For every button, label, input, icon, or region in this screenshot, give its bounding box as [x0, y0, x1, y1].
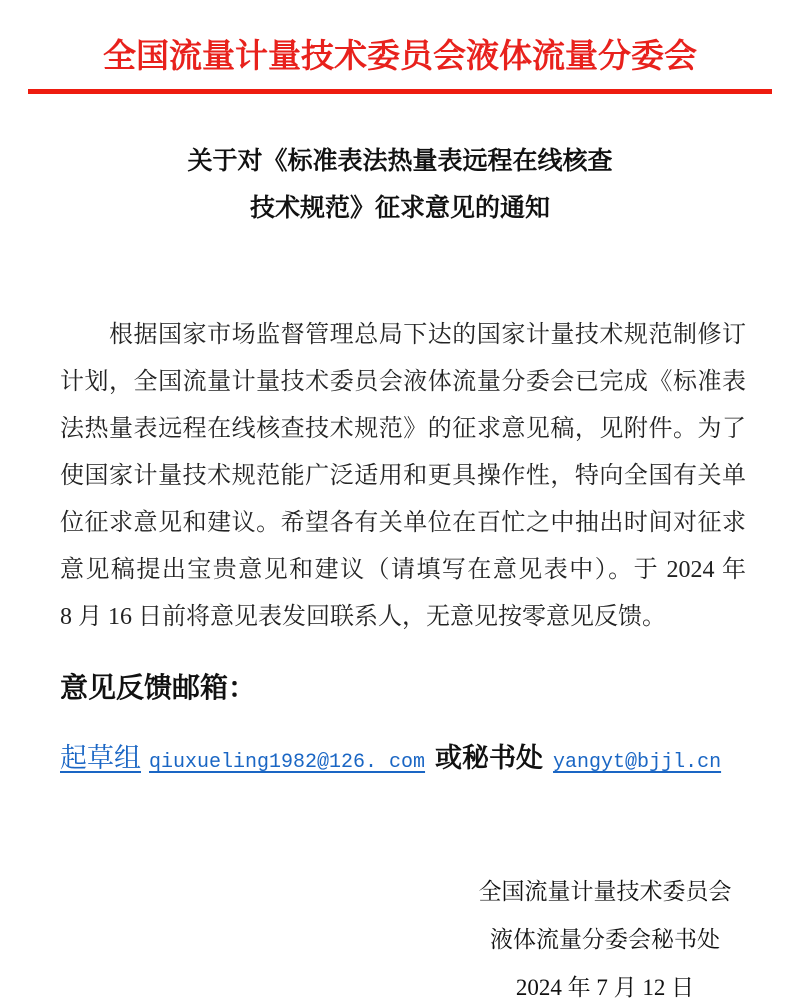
- body-line: 意见稿提出宝贵意见和建议（请填写在意见表中）。于 2024 年: [60, 547, 746, 594]
- feedback-email-line: 起草组qiuxueling1982@126. com 或秘书处 yangyt@b…: [60, 736, 721, 775]
- organization-header: 全国流量计量技术委员会液体流量分委会: [0, 30, 800, 77]
- notice-document-page: 全国流量计量技术委员会液体流量分委会 关于对《标准表法热量表远程在线核查 技术规…: [0, 0, 800, 1005]
- body-line: 8 月 16 日前将意见表发回联系人，无意见按零意见反馈。: [60, 594, 746, 641]
- document-title-line2: 技术规范》征求意见的通知: [0, 185, 800, 232]
- body-line: 使国家计量技术规范能广泛适用和更具操作性，特向全国有关单: [60, 453, 746, 500]
- signature-block: 全国流量计量技术委员会 液体流量分委会秘书处 2024 年 7 月 12 日: [410, 868, 800, 1005]
- feedback-separator-label: 或秘书处: [435, 736, 543, 775]
- body-line: 法热量表远程在线核查技术规范》的征求意见稿，见附件。为了: [60, 406, 746, 453]
- signature-secretariat: 液体流量分委会秘书处: [410, 916, 800, 964]
- signature-date: 2024 年 7 月 12 日: [410, 964, 800, 1005]
- feedback-email-label: 意见反馈邮箱：: [60, 666, 256, 706]
- body-line: 计划，全国流量计量技术委员会液体流量分委会已完成《标准表: [60, 359, 746, 406]
- secretary-email-link[interactable]: yangyt@bjjl.cn: [553, 751, 721, 774]
- header-divider-line: [28, 89, 772, 94]
- body-paragraph: 根据国家市场监督管理总局下达的国家计量技术规范制修订 计划，全国流量计量技术委员…: [60, 312, 746, 641]
- signature-committee: 全国流量计量技术委员会: [410, 868, 800, 916]
- body-line: 位征求意见和建议。希望各有关单位在百忙之中抽出时间对征求: [60, 500, 746, 547]
- draft-group-email-link[interactable]: 起草组qiuxueling1982@126. com: [60, 736, 425, 775]
- draft-group-email-address: qiuxueling1982@126. com: [149, 751, 425, 774]
- draft-group-label: 起草组: [60, 743, 141, 773]
- document-title-line1: 关于对《标准表法热量表远程在线核查: [0, 138, 800, 185]
- body-line: 根据国家市场监督管理总局下达的国家计量技术规范制修订: [60, 312, 746, 359]
- document-title: 关于对《标准表法热量表远程在线核查 技术规范》征求意见的通知: [0, 138, 800, 232]
